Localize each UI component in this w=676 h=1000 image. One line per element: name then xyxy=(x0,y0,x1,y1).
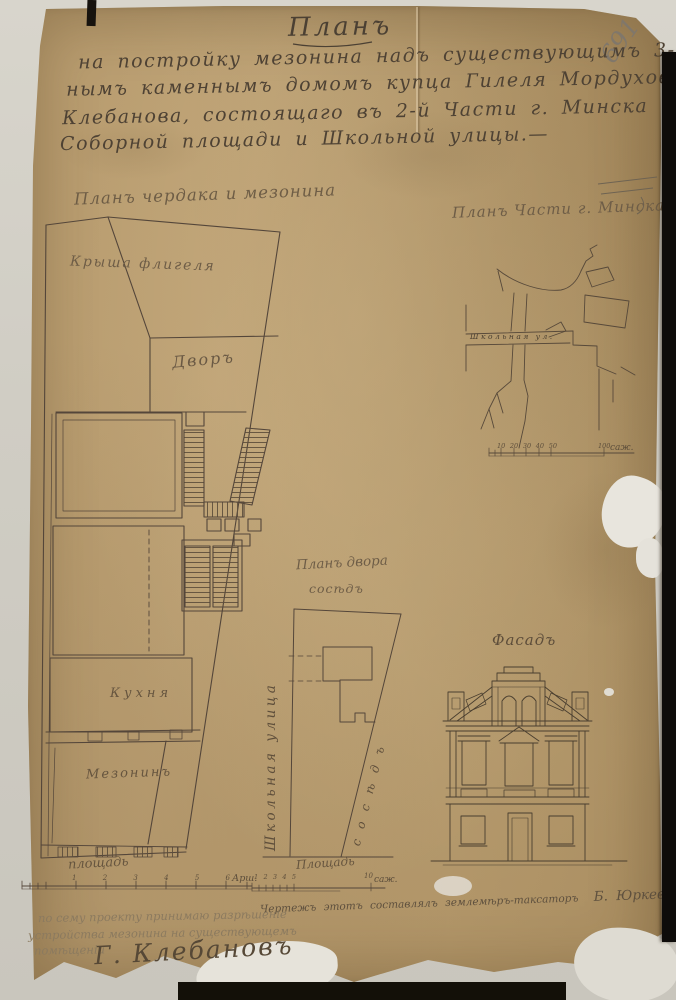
paper-damage-patch xyxy=(636,538,664,578)
square-label: площадь xyxy=(68,854,129,872)
attic-plan-drawing xyxy=(22,217,280,889)
city-scale-ticks: 1020304050 xyxy=(497,442,557,450)
attic-scale-ticks: 123456 xyxy=(72,874,230,882)
kitchen-label: Кухня xyxy=(110,686,172,701)
scan-black-strip-right xyxy=(662,52,676,942)
city-map-drawing xyxy=(466,245,635,456)
city-scale-end: 100 xyxy=(598,442,610,450)
yard-scale-unit: саж. xyxy=(374,875,398,885)
facade-drawing xyxy=(431,667,627,865)
mezzanine-label: Мезонинъ xyxy=(86,765,173,783)
street-vertical-label: Школьная улица xyxy=(263,682,279,851)
city-scale-unit: саж. xyxy=(610,443,634,453)
pin-mark xyxy=(87,0,97,26)
city-street-label: Школьная ул. xyxy=(470,332,555,341)
document-title: Планъ xyxy=(288,11,393,43)
paper-damage-patch xyxy=(604,688,614,696)
yard-scale-end: 10 xyxy=(364,872,373,880)
neighbor-top-label: сосѣдъ xyxy=(309,581,364,596)
yard-scale-ticks: 12345 xyxy=(254,873,296,881)
facade-title: Фасадъ xyxy=(492,631,556,649)
scanned-archival-plan: Планъ 691 на постройку мезонина надъ сущ… xyxy=(0,0,676,1000)
scan-black-band-bottom xyxy=(178,982,566,1000)
